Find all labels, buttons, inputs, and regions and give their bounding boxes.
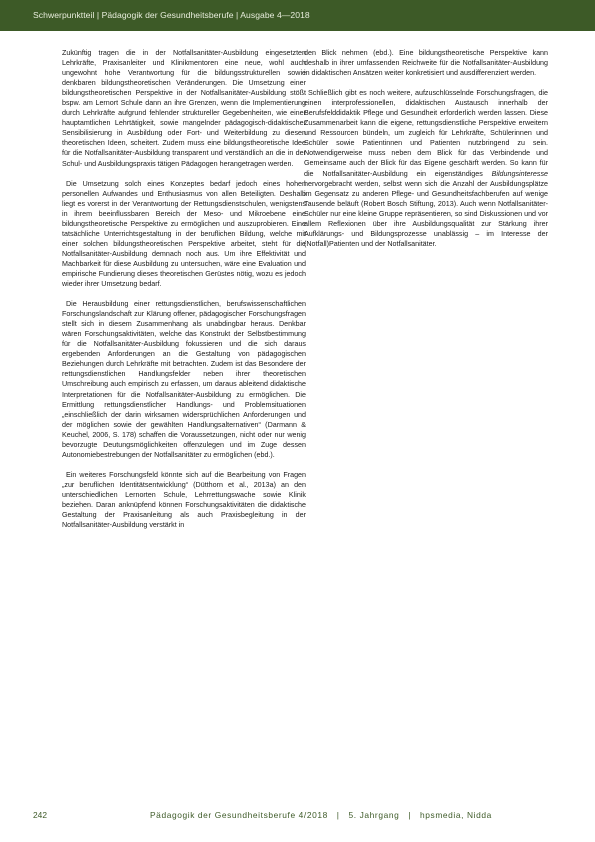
- journal-title: Pädagogik der Gesundheitsberufe 4/2018: [150, 810, 328, 820]
- text-run: Schließlich gibt es noch weitere, aufzus…: [304, 89, 548, 177]
- page-number: 242: [33, 810, 47, 820]
- paragraph: Schließlich gibt es noch weitere, aufzus…: [304, 88, 548, 249]
- separator: |: [408, 810, 411, 820]
- paragraph: Die Umsetzung solch eines Konzeptes beda…: [62, 179, 306, 290]
- page-footer: 242 Pädagogik der Gesundheitsberufe 4/20…: [0, 810, 595, 824]
- right-column: den Blick nehmen (ebd.). Eine bildungsth…: [304, 48, 548, 259]
- separator: |: [337, 810, 340, 820]
- volume: 5. Jahrgang: [349, 810, 400, 820]
- emphasized-term: Bildungsinteresse: [492, 170, 548, 178]
- publisher: hpsmedia, Nidda: [420, 810, 492, 820]
- text-run: hervorgebracht werden, selbst wenn sich …: [304, 180, 548, 248]
- running-title: Schwerpunktteil | Pädagogik der Gesundhe…: [33, 10, 310, 20]
- paragraph: Die Herausbildung einer rettungsdienstli…: [62, 299, 306, 460]
- left-column: Zukünftig tragen die in der Notfallsanit…: [62, 48, 306, 540]
- paragraph: Ein weiteres Forschungsfeld könnte sich …: [62, 470, 306, 530]
- header-band: Schwerpunktteil | Pädagogik der Gesundhe…: [0, 0, 595, 31]
- footer-citation: Pädagogik der Gesundheitsberufe 4/2018 |…: [150, 810, 492, 820]
- paragraph: den Blick nehmen (ebd.). Eine bildungsth…: [304, 48, 548, 78]
- paragraph: Zukünftig tragen die in der Notfallsanit…: [62, 48, 306, 169]
